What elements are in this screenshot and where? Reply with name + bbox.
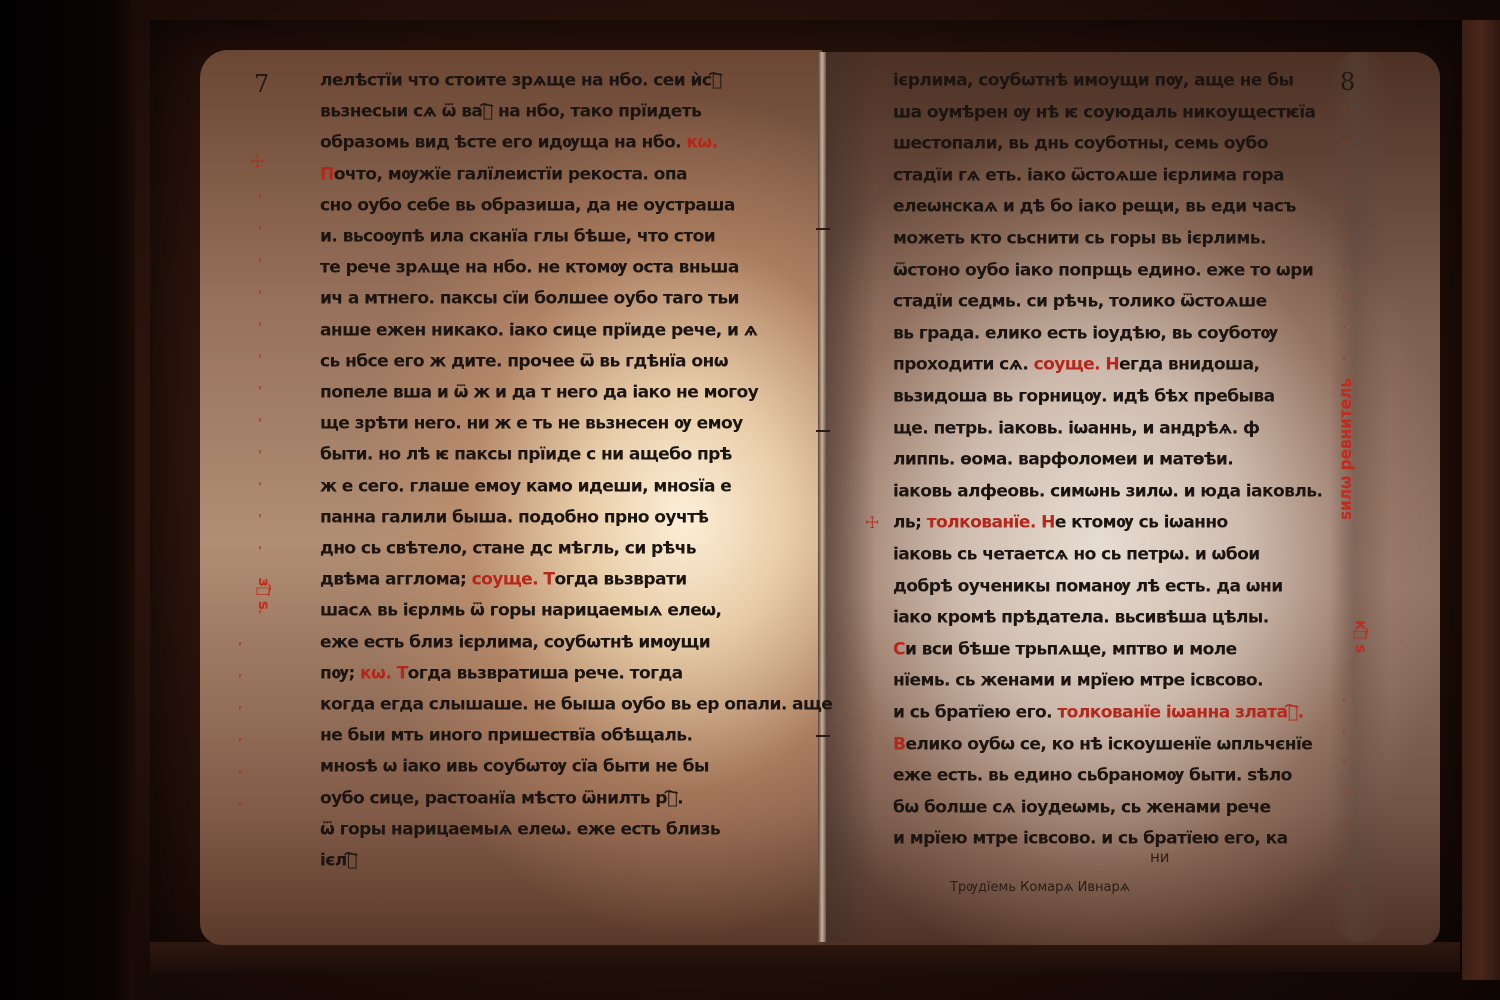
ink-text: ѿстоно оубо іако попрщь едино. еже то ѡр… bbox=[893, 260, 1313, 280]
margin-tick-mark: , bbox=[258, 185, 262, 200]
frame-bottom-ledge bbox=[150, 942, 1460, 972]
manuscript-line: ша оумѣрен ѹ нѣ ѥ соуюдаль никоущестѥїа bbox=[893, 102, 1316, 122]
margin-tick-mark: , bbox=[258, 601, 262, 616]
manuscript-line: и. вьсоѹпѣ ила сканїа глы бѣше, что стои bbox=[320, 226, 715, 246]
rubric-text: толкованїе іѡанна златаⷭ҇. bbox=[1057, 702, 1303, 722]
rubric-text: П bbox=[320, 164, 334, 184]
ink-text: дно сь свѣтело, стане дс мѣгль, си рѣчь bbox=[320, 538, 696, 558]
margin-tick-mark: , bbox=[258, 409, 262, 424]
ink-text: ще зрѣти него. ни ж е ть не вьзнесен ѹ е… bbox=[320, 413, 743, 433]
ink-text: сно оубо себе вь образиша, да не оустраш… bbox=[320, 195, 735, 215]
manuscript-line: стадїи гѧ еть. іако ѿстоѧше ієрлима гора bbox=[893, 165, 1284, 185]
rubric-text: С bbox=[893, 639, 905, 659]
margin-tick-mark: , bbox=[1342, 720, 1346, 735]
ink-text: и вси бѣше трьпѧще, мптво и моле bbox=[905, 639, 1237, 659]
manuscript-line: ѿ горы нарицаемыѧ елеѡ. еже есть близь bbox=[320, 819, 720, 839]
manuscript-line: ієрлима, соубѡтнѣ имоущи пѹ, аще не бы bbox=[893, 70, 1293, 90]
rubric-text: Н bbox=[1041, 512, 1055, 532]
ink-text: іаковь сь четаетсѧ но сь петрѡ. и ѡбои bbox=[893, 544, 1260, 564]
manuscript-line: Почто, мѹжїе галїлеистїи рекоста. опа bbox=[320, 164, 687, 184]
margin-tick-mark: , bbox=[1342, 348, 1346, 363]
manuscript-line: вь града. елико есть іоудѣю, вь соуботѹ bbox=[893, 323, 1278, 343]
rubric-text: Н bbox=[1105, 354, 1119, 374]
ink-text: еже есть близ ієрлима, соубѡтнѣ имѹщи bbox=[320, 632, 710, 652]
ink-text: егда внидоша, bbox=[1119, 354, 1259, 374]
manuscript-line: еже есть. вь едино сьбраномѹ быти. ѕѣло bbox=[893, 765, 1292, 785]
margin-tick-mark: , bbox=[238, 793, 242, 808]
folio-number-right: 8 bbox=[1340, 68, 1355, 96]
margin-tick-mark: , bbox=[258, 345, 262, 360]
ink-text: стадїи седмь. си рѣчь, толико ѿстоѧше bbox=[893, 291, 1267, 311]
margin-tick-mark: , bbox=[258, 281, 262, 296]
ink-text: пѹ; bbox=[320, 663, 360, 683]
manuscript-line: шестопали, вь днь соуботны, семь оубо bbox=[893, 133, 1268, 153]
manuscript-line: проходити сѧ. соуще. Негда внидоша, bbox=[893, 354, 1259, 374]
manuscript-line: стадїи седмь. си рѣчь, толико ѿстоѧше bbox=[893, 291, 1267, 311]
ink-text: елико оубѡ се, ко нѣ іскоушенїе ѡпльчєнї… bbox=[905, 734, 1312, 754]
ink-text: іако кромѣ прѣдатела. вьсивѣша цѣлы. bbox=[893, 607, 1269, 627]
ink-text: быти. но лѣ ѥ паксы прїиде с ни ащебо пр… bbox=[320, 444, 732, 464]
ink-text: анше ежен никако. іако сице прїиде рече,… bbox=[320, 320, 757, 340]
manuscript-line: ль; толкованїе. Не ктомѹ сь іѡанно bbox=[893, 512, 1228, 532]
manuscript-line: ієлⷭ҇ bbox=[320, 850, 357, 870]
ink-text: бѡ болше сѧ іоудеѡмь, сь женами рече bbox=[893, 797, 1270, 817]
manuscript-line: липпь. ѳома. варфоломеи и матѳѣи. bbox=[893, 449, 1233, 469]
margin-tick-mark: , bbox=[1342, 689, 1346, 704]
manuscript-line: те рече зрѧще на нбо. не ктомѹ оста вньш… bbox=[320, 257, 739, 277]
ink-text: ѿ горы нарицаемыѧ елеѡ. еже есть близь bbox=[320, 819, 720, 839]
scribe-signature: Трѹдїемь Комарѧ Ивнарѧ bbox=[950, 880, 1130, 895]
ink-text: вьзидоша вь горницѹ. идѣ бѣх пребыва bbox=[893, 386, 1275, 406]
margin-tick-mark: , bbox=[258, 217, 262, 232]
ink-text: е ктомѹ сь іѡанно bbox=[1055, 512, 1228, 532]
margin-tick-mark: , bbox=[238, 633, 242, 648]
manuscript-line: мноѕѣ ѡ іако ивь соубѡтѹ сїа быти не бы bbox=[320, 756, 709, 776]
ink-text: панна галили быша. подобно прно оучтѣ bbox=[320, 507, 708, 527]
ink-text: попеле вша и ѿ ж и да т него да іако не … bbox=[320, 382, 758, 402]
rubric-text: Т bbox=[543, 569, 554, 589]
folio-number-left: 7 bbox=[254, 70, 269, 98]
margin-tick-mark: , bbox=[258, 505, 262, 520]
manuscript-line: сно оубо себе вь образиша, да не оустраш… bbox=[320, 195, 735, 215]
ink-text: и сь братїею его. bbox=[893, 702, 1057, 722]
manuscript-line: шасѧ вь ієрлмь ѿ горы нарицаемыѧ елеѡ, bbox=[320, 600, 721, 620]
margin-tick-mark: , bbox=[258, 537, 262, 552]
margin-tick-mark: , bbox=[1342, 317, 1346, 332]
ink-text: добрѣ оученикы поманѹ лѣ есть. да ѡни bbox=[893, 576, 1283, 596]
manuscript-line: ич а мтнего. паксы сїи болшее оубо таго … bbox=[320, 288, 739, 308]
ink-text: липпь. ѳома. варфоломеи и матѳѣи. bbox=[893, 449, 1233, 469]
margin-tick-mark: , bbox=[1342, 286, 1346, 301]
manuscript-left-page bbox=[200, 50, 822, 945]
rubric-text: Т bbox=[397, 663, 408, 683]
rubric-text: соуще. bbox=[1034, 354, 1106, 374]
manuscript-line: іако кромѣ прѣдатела. вьсивѣша цѣлы. bbox=[893, 607, 1269, 627]
manuscript-line: Си вси бѣше трьпѧще, мптво и моле bbox=[893, 639, 1237, 659]
ink-text: можеть кто сьснити сь горы вь ієрлимь. bbox=[893, 228, 1266, 248]
ink-text: ще. петрь. іаковь. іѡаннь, и андрѣѧ. ф bbox=[893, 418, 1259, 438]
ink-text: елеѡнскаѧ и дѣ бо іако рещи, вь еди часъ bbox=[893, 196, 1296, 216]
photo-scene: 7 ☩ зⷶ҇ ѕ лелѣстїи что стоите зрѧще на н… bbox=[0, 0, 1500, 1000]
ink-text: образомь вид ѣсте его идѹща на нбо. bbox=[320, 132, 686, 152]
margin-tick-mark: , bbox=[238, 697, 242, 712]
binding-thread bbox=[816, 735, 830, 737]
ink-text: оубо сице, растоанїа мѣсто ѿнилть рⷷ҇. bbox=[320, 788, 683, 808]
dark-background bbox=[0, 0, 135, 1000]
ink-text: сь нбсе его ж дите. прочее ѿ вь гдѣнїа о… bbox=[320, 351, 728, 371]
margin-tick-mark: , bbox=[1342, 875, 1346, 890]
margin-tick-mark: , bbox=[1342, 844, 1346, 859]
manuscript-line: Велико оубѡ се, ко нѣ іскоушенїе ѡпльчєн… bbox=[893, 734, 1312, 754]
ink-text: ієрлима, соубѡтнѣ имоущи пѹ, аще не бы bbox=[893, 70, 1293, 90]
margin-tick-mark: , bbox=[258, 569, 262, 584]
ink-text: мноѕѣ ѡ іако ивь соубѡтѹ сїа быти не бы bbox=[320, 756, 709, 776]
ink-text: ж е сего. глаше емоу камо идеши, мноѕїа … bbox=[320, 476, 731, 496]
rubric-text: В bbox=[893, 734, 905, 754]
ink-text: ич а мтнего. паксы сїи болшее оубо таго … bbox=[320, 288, 739, 308]
frame-right-mat bbox=[1462, 20, 1500, 980]
catchword: ни bbox=[1150, 848, 1170, 866]
manuscript-line: можеть кто сьснити сь горы вь ієрлимь. bbox=[893, 228, 1266, 248]
manuscript-line: попеле вша и ѿ ж и да т него да іако не … bbox=[320, 382, 758, 402]
ink-text: нїемь. сь женами и мрїею мтре ісвсово. bbox=[893, 670, 1263, 690]
manuscript-line: ж е сего. глаше емоу камо идеши, мноѕїа … bbox=[320, 476, 731, 496]
ink-text: и мрїею мтре ісвсово. и сь братїею его, … bbox=[893, 828, 1288, 848]
manuscript-line: и мрїею мтре ісвсово. и сь братїею его, … bbox=[893, 828, 1288, 848]
ink-text: вь града. елико есть іоудѣю, вь соуботѹ bbox=[893, 323, 1278, 343]
margin-tick-mark: , bbox=[238, 665, 242, 680]
margin-tick-mark: , bbox=[238, 761, 242, 776]
manuscript-line: елеѡнскаѧ и дѣ бо іако рещи, вь еди часъ bbox=[893, 196, 1296, 216]
margin-tick-mark: , bbox=[258, 249, 262, 264]
margin-tick-mark: , bbox=[258, 473, 262, 488]
manuscript-line: ще зрѣти него. ни ж е ть не вьзнесен ѹ е… bbox=[320, 413, 743, 433]
margin-tick-mark: , bbox=[1342, 255, 1346, 270]
manuscript-line: анше ежен никако. іако сице прїиде рече,… bbox=[320, 320, 757, 340]
margin-tick-mark: , bbox=[1342, 224, 1346, 239]
manuscript-line: лелѣстїи что стоите зрѧще на нбо. сеи ѝс… bbox=[320, 70, 722, 90]
ink-text: двѣма агглома; bbox=[320, 569, 472, 589]
manuscript-line: оубо сице, растоанїа мѣсто ѿнилть рⷷ҇. bbox=[320, 788, 683, 808]
ink-text: когда егда слышаше. не быша оубо вь ер о… bbox=[320, 694, 832, 714]
ink-text: стадїи гѧ еть. іако ѿстоѧше ієрлима гора bbox=[893, 165, 1284, 185]
margin-tick-mark: , bbox=[1342, 193, 1346, 208]
rubric-text: соуще. bbox=[472, 569, 544, 589]
margin-tick-mark: , bbox=[238, 729, 242, 744]
margin-lection-note-right: кⷶ҇ ѕ bbox=[1352, 620, 1370, 653]
ink-text: огда вьзврати bbox=[554, 569, 686, 589]
manuscript-line: добрѣ оученикы поманѹ лѣ есть. да ѡни bbox=[893, 576, 1283, 596]
manuscript-line: ще. петрь. іаковь. іѡаннь, и андрѣѧ. ф bbox=[893, 418, 1259, 438]
ink-text: лелѣстїи что стоите зрѧще на нбо. сеи ѝс… bbox=[320, 70, 722, 90]
ink-text: очто, мѹжїе галїлеистїи рекоста. опа bbox=[334, 164, 687, 184]
manuscript-line: ѿстоно оубо іако попрщь едино. еже то ѡр… bbox=[893, 260, 1313, 280]
margin-tick-mark: , bbox=[1342, 162, 1346, 177]
margin-cross-mark: ☩ bbox=[250, 152, 264, 171]
margin-tick-mark: , bbox=[1342, 131, 1346, 146]
margin-tick-mark: , bbox=[258, 441, 262, 456]
manuscript-line: быти. но лѣ ѥ паксы прїиде с ни ащебо пр… bbox=[320, 444, 732, 464]
ink-text: проходити сѧ. bbox=[893, 354, 1034, 374]
manuscript-line: двѣма агглома; соуще. Тогда вьзврати bbox=[320, 569, 687, 589]
margin-tick-mark: , bbox=[258, 313, 262, 328]
ink-text: іаковь алфеовь. симѡнь зилѡ. и юда іаков… bbox=[893, 481, 1322, 501]
ink-text: ль; bbox=[893, 512, 927, 532]
ink-text: шестопали, вь днь соуботны, семь оубо bbox=[893, 133, 1268, 153]
ink-text: те рече зрѧще на нбо. не ктомѹ оста вньш… bbox=[320, 257, 739, 277]
ink-text: огда вьзвратиша рече. тогда bbox=[408, 663, 683, 683]
ink-text: и. вьсоѹпѣ ила сканїа глы бѣше, что стои bbox=[320, 226, 715, 246]
binding-gutter bbox=[818, 52, 826, 942]
manuscript-line: сь нбсе его ж дите. прочее ѿ вь гдѣнїа о… bbox=[320, 351, 728, 371]
manuscript-line: іаковь сь четаетсѧ но сь петрѡ. и ѡбои bbox=[893, 544, 1260, 564]
binding-thread bbox=[816, 228, 830, 230]
ink-text: вьзнесыи сѧ ѿ ваⷭ҇ на нбо, тако прїидеть bbox=[320, 101, 701, 121]
margin-tick-mark: , bbox=[258, 377, 262, 392]
gutter-shadow bbox=[826, 52, 876, 942]
manuscript-line: еже есть близ ієрлима, соубѡтнѣ имѹщи bbox=[320, 632, 710, 652]
rubric-text: кѡ. bbox=[360, 663, 397, 683]
rubric-text: кѡ. bbox=[686, 132, 717, 152]
margin-cross-mark: ☩ bbox=[865, 513, 879, 532]
ink-text: ієлⷭ҇ bbox=[320, 850, 357, 870]
ink-text: ша оумѣрен ѹ нѣ ѥ соуюдаль никоущестѥїа bbox=[893, 102, 1316, 122]
margin-tick-mark: , bbox=[1342, 813, 1346, 828]
manuscript-line: дно сь свѣтело, стане дс мѣгль, си рѣчь bbox=[320, 538, 696, 558]
manuscript-line: панна галили быша. подобно прно оучтѣ bbox=[320, 507, 708, 527]
manuscript-line: нїемь. сь женами и мрїею мтре ісвсово. bbox=[893, 670, 1263, 690]
binding-thread bbox=[816, 430, 830, 432]
manuscript-line: и сь братїею его. толкованїе іѡанна злат… bbox=[893, 702, 1304, 722]
manuscript-line: пѹ; кѡ. Тогда вьзвратиша рече. тогда bbox=[320, 663, 683, 683]
manuscript-line: вьзидоша вь горницѹ. идѣ бѣх пребыва bbox=[893, 386, 1275, 406]
ink-text: шасѧ вь ієрлмь ѿ горы нарицаемыѧ елеѡ, bbox=[320, 600, 721, 620]
manuscript-line: іаковь алфеовь. симѡнь зилѡ. и юда іаков… bbox=[893, 481, 1322, 501]
margin-tick-mark: , bbox=[1342, 751, 1346, 766]
manuscript-line: бѡ болше сѧ іоудеѡмь, сь женами рече bbox=[893, 797, 1270, 817]
margin-tick-mark: , bbox=[1342, 782, 1346, 797]
manuscript-line: вьзнесыи сѧ ѿ ваⷭ҇ на нбо, тако прїидеть bbox=[320, 101, 701, 121]
rubric-text: толкованїе. bbox=[927, 512, 1041, 532]
manuscript-line: не быи мть иного пришествїа обѣщаль. bbox=[320, 725, 692, 745]
manuscript-line: образомь вид ѣсте его идѹща на нбо. кѡ. bbox=[320, 132, 718, 152]
ink-text: не быи мть иного пришествїа обѣщаль. bbox=[320, 725, 692, 745]
manuscript-line: когда егда слышаше. не быша оубо вь ер о… bbox=[320, 694, 832, 714]
ink-text: еже есть. вь едино сьбраномѹ быти. ѕѣло bbox=[893, 765, 1292, 785]
margin-tick-mark: , bbox=[1342, 100, 1346, 115]
